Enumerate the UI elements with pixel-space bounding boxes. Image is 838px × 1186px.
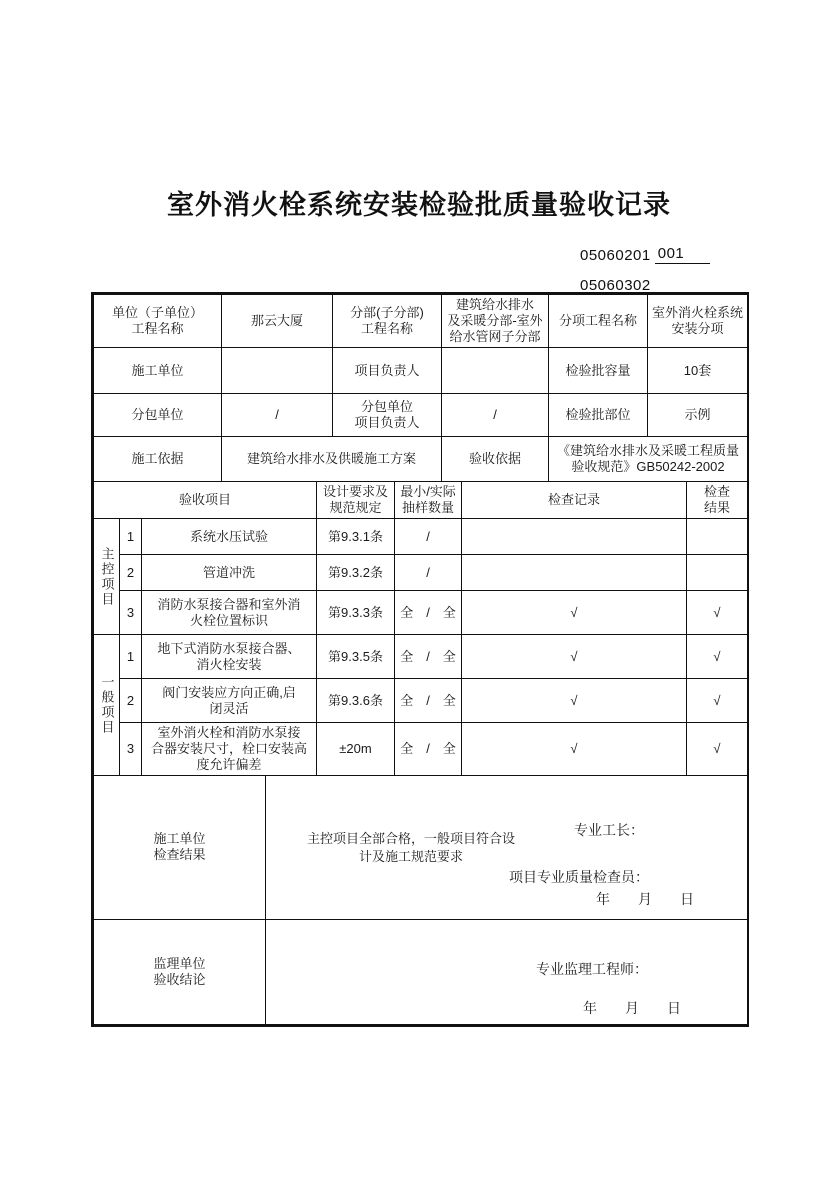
table-row: 主控项目 1 系统水压试验 第9.3.1条 / bbox=[94, 519, 748, 555]
table-row: 施工单位 项目负责人 检验批容量 10套 bbox=[94, 348, 748, 394]
item-req: 第9.3.5条 bbox=[317, 635, 395, 679]
item-no: 3 bbox=[120, 591, 142, 635]
batch-capacity-label: 检验批容量 bbox=[549, 348, 648, 394]
construction-result-row: 施工单位 检查结果 主控项目全部合格，一般项目符合设 计及施工规范要求 专业工长… bbox=[94, 776, 748, 919]
document-page: 室外消火栓系统安装检验批质量验收记录 05060201001 05060302 … bbox=[0, 0, 838, 1186]
unit-project-label: 单位（子单位） 工程名称 bbox=[94, 295, 222, 348]
acceptance-record-table: 单位（子单位） 工程名称 那云大厦 分部(子分部) 工程名称 建筑给水排水 及采… bbox=[91, 292, 749, 1027]
supervision-conclusion-label: 监理单位 验收结论 bbox=[94, 919, 266, 1024]
item-no: 1 bbox=[120, 519, 142, 555]
item-result bbox=[687, 555, 748, 591]
supervision-conclusion-cell: 专业监理工程师： 年 月 日 bbox=[266, 919, 748, 1024]
batch-capacity-value: 10套 bbox=[648, 348, 748, 394]
item-qty: / bbox=[395, 555, 462, 591]
item-name: 室外消火栓和消防水泵接 合器安装尺寸，栓口安装高 度允许偏差 bbox=[142, 723, 317, 776]
supervision-date-line: 年 月 日 bbox=[583, 999, 681, 1017]
table-row: 2 阀门安装应方向正确,启 闭灵活 第9.3.6条 全 / 全 √ √ bbox=[94, 679, 748, 723]
code-1-value: 001 bbox=[655, 245, 710, 264]
item-record bbox=[462, 519, 687, 555]
table-row: 施工依据 建筑给水排水及供暖施工方案 验收依据 《建筑给水排水及采暖工程质量 验… bbox=[94, 437, 748, 482]
item-name: 地下式消防水泵接合器、 消火栓安装 bbox=[142, 635, 317, 679]
item-result: √ bbox=[687, 591, 748, 635]
item-qty: 全 / 全 bbox=[395, 679, 462, 723]
construction-unit-label: 施工单位 bbox=[94, 348, 222, 394]
item-no: 1 bbox=[120, 635, 142, 679]
acceptance-basis-label: 验收依据 bbox=[442, 437, 549, 482]
general-group-label: 一般项目 bbox=[94, 635, 120, 776]
item-qty: 全 / 全 bbox=[395, 635, 462, 679]
conclusion-table: 施工单位 检查结果 主控项目全部合格，一般项目符合设 计及施工规范要求 专业工长… bbox=[93, 776, 748, 1025]
supervision-conclusion-row: 监理单位 验收结论 专业监理工程师： 年 月 日 bbox=[94, 919, 748, 1024]
inspection-items-table: 验收项目 设计要求及 规范规定 最小/实际 抽样数量 检查记录 检查 结果 主控… bbox=[93, 482, 748, 776]
item-qty: 全 / 全 bbox=[395, 723, 462, 776]
item-qty: 全 / 全 bbox=[395, 591, 462, 635]
item-name: 阀门安装应方向正确,启 闭灵活 bbox=[142, 679, 317, 723]
table-row: 一般项目 1 地下式消防水泵接合器、 消火栓安装 第9.3.5条 全 / 全 √… bbox=[94, 635, 748, 679]
code-line-1: 05060201001 bbox=[580, 245, 710, 264]
item-name: 管道冲洗 bbox=[142, 555, 317, 591]
item-qty: / bbox=[395, 519, 462, 555]
batch-location-label: 检验批部位 bbox=[549, 394, 648, 437]
subdivision-value: 建筑给水排水 及采暖分部-室外 给水管网子分部 bbox=[442, 295, 549, 348]
foreman-signature-label: 专业工长： bbox=[574, 821, 644, 839]
item-no: 2 bbox=[120, 679, 142, 723]
item-req: ±20m bbox=[317, 723, 395, 776]
header-sample-qty: 最小/实际 抽样数量 bbox=[395, 482, 462, 519]
project-info-table: 单位（子单位） 工程名称 那云大厦 分部(子分部) 工程名称 建筑给水排水 及采… bbox=[93, 294, 748, 482]
construction-unit-value bbox=[222, 348, 333, 394]
header-check-record: 检查记录 bbox=[462, 482, 687, 519]
item-result: √ bbox=[687, 679, 748, 723]
item-project-label: 分项工程名称 bbox=[549, 295, 648, 348]
subcontract-label: 分包单位 bbox=[94, 394, 222, 437]
construction-basis-value: 建筑给水排水及供暖施工方案 bbox=[222, 437, 442, 482]
item-name: 消防水泵接合器和室外消 火栓位置标识 bbox=[142, 591, 317, 635]
item-record bbox=[462, 555, 687, 591]
batch-location-value: 示例 bbox=[648, 394, 748, 437]
project-leader-value bbox=[442, 348, 549, 394]
supervisor-signature-label: 专业监理工程师： bbox=[536, 960, 648, 978]
project-leader-label: 项目负责人 bbox=[333, 348, 442, 394]
construction-result-text: 主控项目全部合格，一般项目符合设 计及施工规范要求 bbox=[274, 830, 548, 866]
item-result: √ bbox=[687, 723, 748, 776]
table-row: 分包单位 / 分包单位 项目负责人 / 检验批部位 示例 bbox=[94, 394, 748, 437]
table-row: 3 室外消火栓和消防水泵接 合器安装尺寸，栓口安装高 度允许偏差 ±20m 全 … bbox=[94, 723, 748, 776]
subcontract-leader-label: 分包单位 项目负责人 bbox=[333, 394, 442, 437]
header-design-req: 设计要求及 规范规定 bbox=[317, 482, 395, 519]
subcontract-leader-value: / bbox=[442, 394, 549, 437]
item-req: 第9.3.6条 bbox=[317, 679, 395, 723]
item-no: 2 bbox=[120, 555, 142, 591]
construction-basis-label: 施工依据 bbox=[94, 437, 222, 482]
item-project-value: 室外消火栓系统 安装分项 bbox=[648, 295, 748, 348]
table-row: 3 消防水泵接合器和室外消 火栓位置标识 第9.3.3条 全 / 全 √ √ bbox=[94, 591, 748, 635]
construction-result-label: 施工单位 检查结果 bbox=[94, 776, 266, 919]
item-record: √ bbox=[462, 635, 687, 679]
items-header-row: 验收项目 设计要求及 规范规定 最小/实际 抽样数量 检查记录 检查 结果 bbox=[94, 482, 748, 519]
item-result: √ bbox=[687, 635, 748, 679]
header-acceptance-item: 验收项目 bbox=[94, 482, 317, 519]
construction-date-line: 年 月 日 bbox=[596, 890, 694, 908]
item-req: 第9.3.3条 bbox=[317, 591, 395, 635]
table-row: 2 管道冲洗 第9.3.2条 / bbox=[94, 555, 748, 591]
code-1-prefix: 05060201 bbox=[580, 247, 651, 264]
page-title: 室外消火栓系统安装检验批质量验收记录 bbox=[0, 183, 838, 222]
construction-result-cell: 主控项目全部合格，一般项目符合设 计及施工规范要求 专业工长： 项目专业质量检查… bbox=[266, 776, 748, 919]
item-name: 系统水压试验 bbox=[142, 519, 317, 555]
subdivision-label: 分部(子分部) 工程名称 bbox=[333, 295, 442, 348]
item-record: √ bbox=[462, 723, 687, 776]
item-record: √ bbox=[462, 591, 687, 635]
item-result bbox=[687, 519, 748, 555]
header-check-result: 检查 结果 bbox=[687, 482, 748, 519]
acceptance-basis-value: 《建筑给水排水及采暖工程质量 验收规范》GB50242-2002 bbox=[549, 437, 748, 482]
quality-checker-signature-label: 项目专业质量检查员： bbox=[509, 868, 649, 886]
item-req: 第9.3.1条 bbox=[317, 519, 395, 555]
unit-project-value: 那云大厦 bbox=[222, 295, 333, 348]
table-row: 单位（子单位） 工程名称 那云大厦 分部(子分部) 工程名称 建筑给水排水 及采… bbox=[94, 295, 748, 348]
item-record: √ bbox=[462, 679, 687, 723]
item-no: 3 bbox=[120, 723, 142, 776]
item-req: 第9.3.2条 bbox=[317, 555, 395, 591]
main-control-group-label: 主控项目 bbox=[94, 519, 120, 635]
subcontract-value: / bbox=[222, 394, 333, 437]
